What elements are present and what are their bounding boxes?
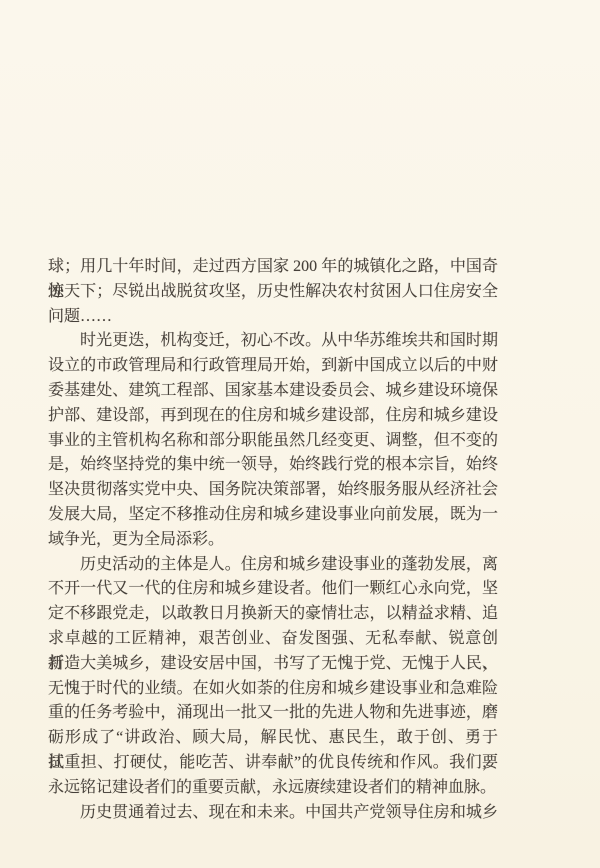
text-line: 重的任务考验中，涌现出一批又一批的先进人物和先进事迹，磨 [48, 701, 498, 726]
paragraph: 历史贯通着过去、现在和未来。中国共产党领导住房和城乡 [48, 801, 498, 826]
text-line: 设立的市政管理局和行政管理局开始，到新中国成立以后的中财 [48, 354, 498, 379]
text-line: 求卓越的工匠精神，艰苦创业、奋发图强、无私奉献、锐意创新， [48, 627, 498, 652]
text-line: 域争光，更为全局添彩。 [48, 528, 498, 553]
paragraph: 球；用几十年时间，走过西方国家 200 年的城镇化之路，中国奇迹惊天下；尽锐出战… [48, 255, 498, 329]
book-page: 球；用几十年时间，走过西方国家 200 年的城镇化之路，中国奇迹惊天下；尽锐出战… [0, 0, 600, 868]
text-line: 事业的主管机构名称和部分职能虽然几经变更、调整，但不变的 [48, 429, 498, 454]
text-line: 永远铭记建设者们的重要贡献，永远赓续建设者们的精神血脉。 [48, 776, 498, 801]
text-line: 惊天下；尽锐出战脱贫攻坚，历史性解决农村贫困人口住房安全 [48, 280, 498, 305]
text-line: 发展大局，坚定不移推动住房和城乡建设事业向前发展，既为一 [48, 503, 498, 528]
text-line: 定不移跟党走，以敢教日月换新天的豪情壮志，以精益求精、追 [48, 602, 498, 627]
text-line: 历史贯通着过去、现在和未来。中国共产党领导住房和城乡 [48, 801, 498, 826]
text-line: 扛重担、打硬仗，能吃苦、讲奉献”的优良传统和作风。我们要 [48, 751, 498, 776]
text-line: 坚决贯彻落实党中央、国务院决策部署，始终服务服从经济社会 [48, 478, 498, 503]
text-line: 打造大美城乡，建设安居中国，书写了无愧于党、无愧于人民、 [48, 652, 498, 677]
paragraph: 历史活动的主体是人。住房和城乡建设事业的蓬勃发展，离不开一代又一代的住房和城乡建… [48, 553, 498, 801]
text-line: 委基建处、建筑工程部、国家基本建设委员会、城乡建设环境保 [48, 379, 498, 404]
paragraph: 时光更迭，机构变迁，初心不改。从中华苏维埃共和国时期设立的市政管理局和行政管理局… [48, 329, 498, 552]
text-line: 球；用几十年时间，走过西方国家 200 年的城镇化之路，中国奇迹 [48, 255, 498, 280]
text-line: 护部、建设部，再到现在的住房和城乡建设部，住房和城乡建设 [48, 404, 498, 429]
text-line: 是，始终坚持党的集中统一领导，始终践行党的根本宗旨，始终 [48, 453, 498, 478]
text-block: 球；用几十年时间，走过西方国家 200 年的城镇化之路，中国奇迹惊天下；尽锐出战… [48, 255, 498, 825]
text-line: 无愧于时代的业绩。在如火如荼的住房和城乡建设事业和急难险 [48, 677, 498, 702]
text-line: 问题…… [48, 305, 498, 330]
text-line: 不开一代又一代的住房和城乡建设者。他们一颗红心永向党，坚 [48, 577, 498, 602]
text-line: 砺形成了“讲政治、顾大局，解民忧、惠民生，敢于创、勇于试， [48, 726, 498, 751]
text-line: 历史活动的主体是人。住房和城乡建设事业的蓬勃发展，离 [48, 553, 498, 578]
text-line: 时光更迭，机构变迁，初心不改。从中华苏维埃共和国时期 [48, 329, 498, 354]
